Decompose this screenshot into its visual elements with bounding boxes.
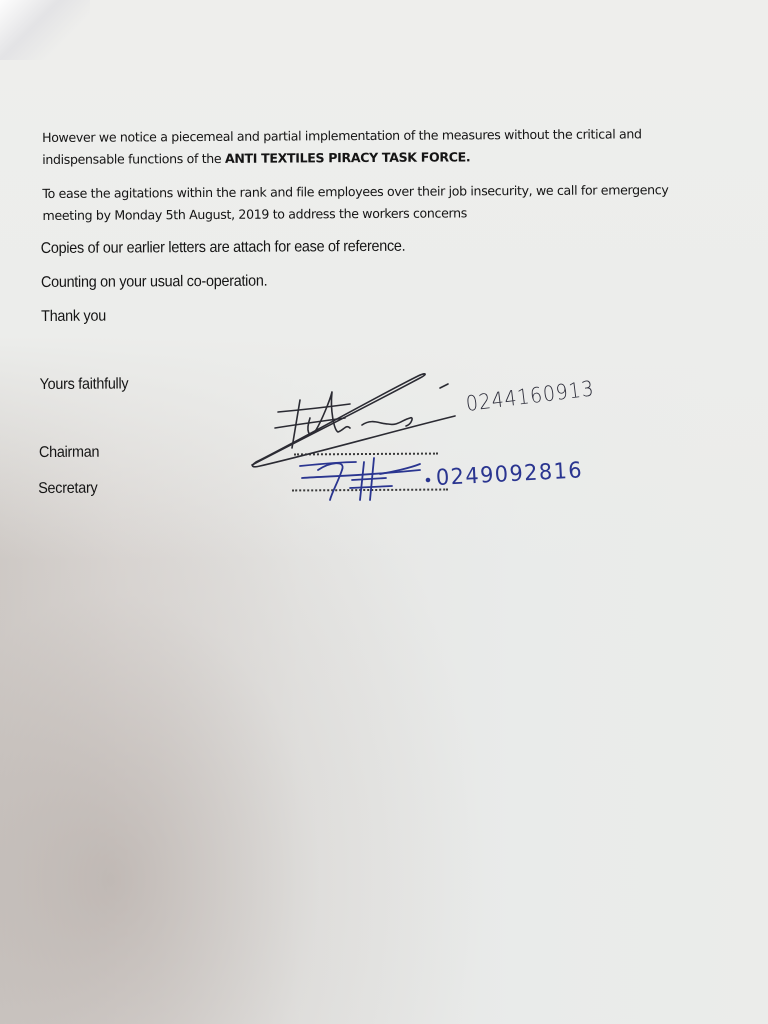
paragraph-meeting-line1: To ease the agitations within the rank a… [42,179,668,205]
paragraph-copies: Copies of our earlier letters are attach… [41,238,406,258]
paragraph-meeting-line2: meeting by Monday 5th August, 2019 to ad… [42,202,467,227]
paragraph-cooperation: Counting on your usual co-operation. [41,273,267,292]
signatory-title-chairman: Chairman [39,444,99,462]
paragraph-implementation-line1: However we notice a piecemeal and partia… [42,123,642,149]
signatory-title-secretary: Secretary [38,480,97,498]
task-force-name: ANTI TEXTILES PIRACY TASK FORCE. [225,149,470,165]
letter-body: However we notice a piecemeal and partia… [0,0,768,1024]
signature-line-secretary [292,489,448,492]
paragraph-thank-you: Thank you [41,308,106,326]
closing-yours-faithfully: Yours faithfully [40,375,129,394]
paragraph-implementation-line2: indispensable functions of the ANTI TEXT… [42,146,470,171]
signature-line-chairman [294,453,438,456]
paragraph-text: indispensable functions of the [42,151,225,167]
